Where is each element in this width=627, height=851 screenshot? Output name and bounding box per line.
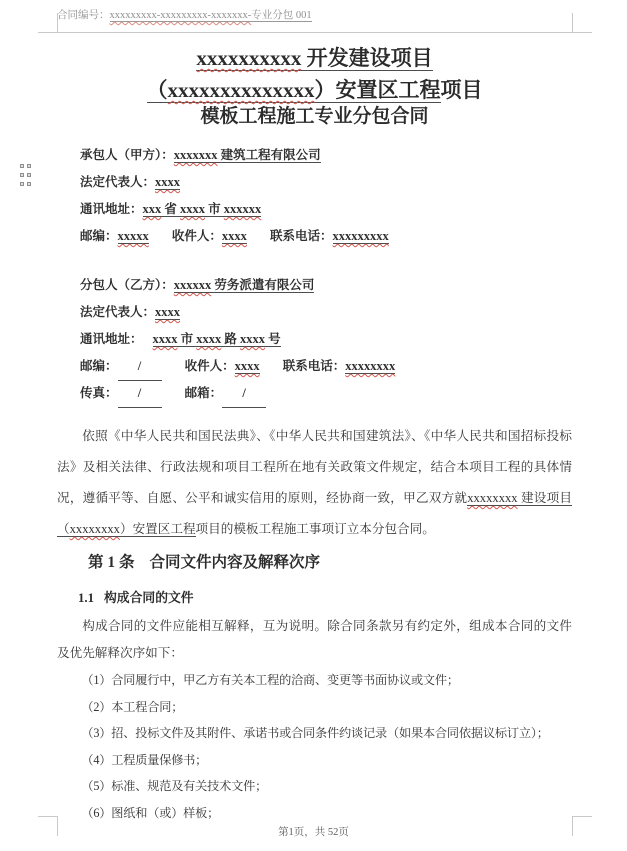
list-item-1: （1）合同履行中，甲乙方有关本工程的洽商、变更等书面协议或文件； bbox=[57, 667, 572, 694]
party-a-recipient-label: 收件人： bbox=[172, 229, 222, 243]
party-b-phone-value: xxxxxxxx bbox=[345, 359, 395, 374]
party-b-fax-label: 传真： bbox=[80, 386, 118, 400]
header-boundary-line bbox=[38, 32, 592, 33]
crop-mark-bottom-left-h bbox=[38, 816, 57, 817]
article-1-title: 合同文件内容及解释次序 bbox=[150, 554, 321, 571]
party-b-email-value: / bbox=[222, 380, 266, 408]
party-b-address-row: 通讯地址：xxxx 市 xxxx 路 xxxx 号 bbox=[80, 326, 572, 353]
grip-dot bbox=[20, 182, 24, 186]
party-b-fax-value: / bbox=[118, 380, 162, 408]
party-a-address-row: 通讯地址：xxx 省 xxxx 市 xxxxxx bbox=[80, 196, 572, 223]
clause-1-1-number: 1.1 bbox=[78, 591, 94, 605]
contract-number-label: 合同编号： bbox=[57, 10, 110, 21]
doc-title-line3: 模板工程施工专业分包合同 bbox=[57, 106, 572, 128]
grip-dot bbox=[27, 182, 31, 186]
party-b-block: 分包人（乙方）：xxxxxx 劳务派遣有限公司 法定代表人：xxxx 通讯地址：… bbox=[57, 272, 572, 407]
party-b-rep-label: 法定代表人： bbox=[80, 305, 155, 319]
party-a-rep-row: 法定代表人：xxxx bbox=[80, 169, 572, 196]
doc-title-line2: （xxxxxxxxxxxxxx）安置区工程项目 bbox=[57, 74, 572, 106]
party-b-email-label: 邮箱： bbox=[185, 386, 223, 400]
party-b-contact-row: 邮编：/ 收件人：xxxx 联系电话：xxxxxxxx bbox=[80, 353, 572, 380]
party-a-rep-label: 法定代表人： bbox=[80, 175, 155, 189]
clause-1-1-title: 构成合同的文件 bbox=[104, 591, 194, 605]
page-header: 合同编号：xxxxxxxxx-xxxxxxxxx-xxxxxxx-专业分包 00… bbox=[57, 7, 312, 22]
list-item-2: （2）本工程合同； bbox=[57, 694, 572, 721]
grip-dot bbox=[20, 173, 24, 177]
crop-mark-top-right bbox=[572, 13, 573, 32]
party-a-phone-label: 联系电话： bbox=[270, 229, 333, 243]
document-body: xxxxxxxxxx 开发建设项目 （xxxxxxxxxxxxxx）安置区工程项… bbox=[57, 42, 572, 826]
list-item-6: （6）图纸和（或）样板； bbox=[57, 800, 572, 827]
preamble-paragraph: 依照《中华人民共和国民法典》、《中华人民共和国建筑法》、《中华人民共和国招标投标… bbox=[57, 421, 572, 545]
party-a-phone-value: xxxxxxxxx bbox=[333, 229, 389, 244]
party-a-name-row: 承包人（甲方）：xxxxxxx 建筑工程有限公司 bbox=[80, 142, 572, 169]
party-b-address-label: 通讯地址： bbox=[80, 332, 143, 346]
party-b-recipient-value: xxxx bbox=[235, 359, 260, 374]
party-a-name-value: xxxxxxx 建筑工程有限公司 bbox=[174, 148, 321, 163]
party-b-rep-row: 法定代表人：xxxx bbox=[80, 299, 572, 326]
party-b-name-row: 分包人（乙方）：xxxxxx 劳务派遣有限公司 bbox=[80, 272, 572, 299]
grip-dot bbox=[20, 164, 24, 168]
contract-number-value: xxxxxxxxx-xxxxxxxxx-xxxxxxx-专业分包 001 bbox=[110, 10, 312, 22]
article-1-heading: 第 1 条合同文件内容及解释次序 bbox=[57, 551, 572, 575]
drag-handle[interactable] bbox=[20, 164, 31, 186]
party-b-fax-row: 传真：/ 邮箱：/ bbox=[80, 380, 572, 407]
article-1-number: 第 1 条 bbox=[88, 554, 135, 571]
party-a-address-label: 通讯地址： bbox=[80, 202, 143, 216]
party-b-recipient-label: 收件人： bbox=[185, 359, 235, 373]
list-item-5: （5）标准、规范及有关技术文件； bbox=[57, 773, 572, 800]
party-a-address-value: xxx 省 xxxx 市 xxxxxx bbox=[143, 202, 262, 217]
party-a-name-label: 承包人（甲方）： bbox=[80, 148, 174, 162]
crop-mark-bottom-right-h bbox=[572, 816, 592, 817]
party-a-block: 承包人（甲方）：xxxxxxx 建筑工程有限公司 法定代表人：xxxx 通讯地址… bbox=[57, 142, 572, 250]
party-a-contact-row: 邮编：xxxxx 收件人：xxxx 联系电话：xxxxxxxxx bbox=[80, 223, 572, 250]
clause-1-1-intro: 构成合同的文件应能相互解释，互为说明。除合同条款另有约定外，组成本合同的文件及优… bbox=[57, 613, 572, 667]
document-title: xxxxxxxxxx 开发建设项目 （xxxxxxxxxxxxxx）安置区工程项… bbox=[57, 42, 572, 128]
party-b-rep-value: xxxx bbox=[155, 305, 180, 320]
party-a-zip-value: xxxxx bbox=[118, 229, 149, 244]
party-b-name-value: xxxxxx 劳务派遣有限公司 bbox=[174, 278, 315, 293]
party-b-phone-label: 联系电话： bbox=[283, 359, 346, 373]
crop-mark-top-left bbox=[57, 13, 58, 32]
party-b-zip-label: 邮编： bbox=[80, 359, 118, 373]
party-b-address-value: xxxx 市 xxxx 路 xxxx 号 bbox=[153, 332, 281, 347]
document-page: 合同编号：xxxxxxxxx-xxxxxxxxx-xxxxxxx-专业分包 00… bbox=[0, 0, 627, 851]
grip-dot bbox=[27, 164, 31, 168]
party-a-zip-label: 邮编： bbox=[80, 229, 118, 243]
list-item-4: （4）工程质量保修书； bbox=[57, 747, 572, 774]
doc-title-line1: xxxxxxxxxx 开发建设项目 bbox=[57, 42, 572, 74]
party-a-rep-value: xxxx bbox=[155, 175, 180, 190]
clause-1-1-heading: 1.1构成合同的文件 bbox=[57, 587, 572, 609]
page-footer: 第1页，共 52页 bbox=[0, 824, 627, 839]
party-b-zip-value: / bbox=[118, 353, 162, 381]
grip-dot bbox=[27, 173, 31, 177]
party-b-name-label: 分包人（乙方）： bbox=[80, 278, 174, 292]
list-item-3: （3）招、投标文件及其附件、承诺书或合同条件约谈记录（如果本合同依据议标订立）； bbox=[57, 720, 572, 747]
party-a-recipient-value: xxxx bbox=[222, 229, 247, 244]
document-priority-list: （1）合同履行中，甲乙方有关本工程的洽商、变更等书面协议或文件； （2）本工程合… bbox=[57, 667, 572, 826]
